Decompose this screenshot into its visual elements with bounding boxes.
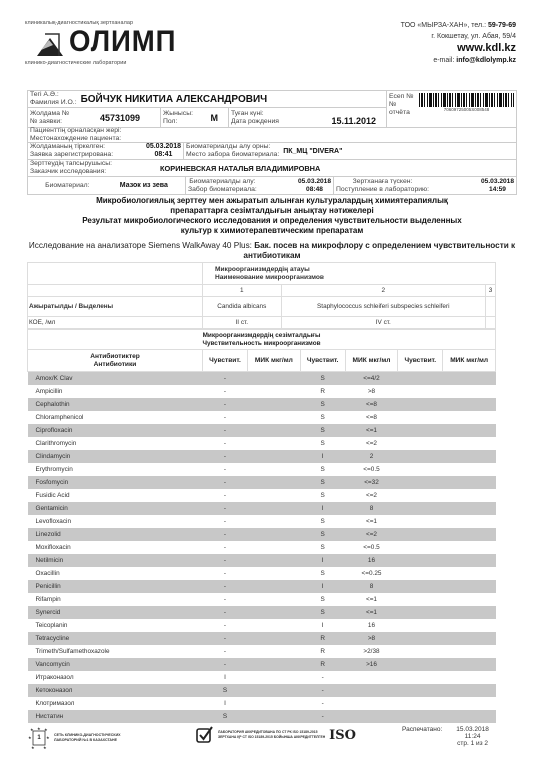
- sens-1: -: [203, 580, 248, 593]
- sex-label-kz: Жынысы:: [163, 110, 193, 118]
- sens-1: -: [203, 398, 248, 411]
- sens-2: I: [300, 580, 345, 593]
- mic-1: [248, 593, 301, 606]
- antibiotic-name: Synercid: [28, 606, 203, 619]
- name-label-ru: Фамилия И.О.:: [30, 99, 77, 107]
- mic-3: [443, 489, 496, 502]
- organism-name: Staphylococcus schleiferi subspecies sch…: [281, 297, 486, 317]
- company-address: г. Кокшетау, ул. Абая, 59/4: [401, 31, 516, 42]
- mic-1: [248, 528, 301, 541]
- col-sens-3: Чувствит.: [398, 350, 443, 372]
- sens-2: I: [300, 619, 345, 632]
- name-label-kz: Тегі А.Ә.:: [30, 91, 77, 99]
- table-row: Moxifloxacin-S<=0.5: [28, 541, 496, 554]
- sens-2: S: [300, 567, 345, 580]
- sens-2: S: [300, 606, 345, 619]
- sens-3: [398, 697, 443, 710]
- antibiotic-name: Netilmicin: [28, 554, 203, 567]
- table-row: Teicoplanin-I16: [28, 619, 496, 632]
- sens-3: [398, 567, 443, 580]
- sens-3: [398, 411, 443, 424]
- mic-2: <=0.25: [345, 567, 398, 580]
- dob-label-kz: Туған күні:: [231, 110, 279, 118]
- sens-2: I: [300, 502, 345, 515]
- mic-1: [248, 372, 301, 385]
- organism-cfu: [486, 317, 496, 329]
- mic-2: <=4/2: [345, 372, 398, 385]
- mic-3: [443, 463, 496, 476]
- network-text-2: ЛАБОРАТОРИЙ №1 В КАЗАХСТАНЕ: [54, 738, 121, 743]
- collection-place-label-ru: Место забора биоматериала:: [186, 151, 279, 159]
- checkbox-check-icon: [196, 726, 214, 744]
- antibiotic-name: Chloramphenicol: [28, 411, 203, 424]
- mic-3: [443, 515, 496, 528]
- received-time: 14:59: [481, 186, 514, 194]
- sens-2: S: [300, 437, 345, 450]
- sens-2: S: [300, 463, 345, 476]
- antibiotic-name: Levofloxacin: [28, 515, 203, 528]
- table-row: Ampicillin-R>8: [28, 385, 496, 398]
- sens-3: [398, 528, 443, 541]
- table-row: Tetracycline-R>8: [28, 632, 496, 645]
- table-row: НистатинS-: [28, 710, 496, 723]
- mic-1: [248, 450, 301, 463]
- organism-number: 1: [203, 285, 282, 297]
- mic-3: [443, 450, 496, 463]
- sens-3: [398, 437, 443, 450]
- organism-number: 2: [281, 285, 486, 297]
- network-badge: 1 ★★★★★★★ СЕТЬ КЛИНИКО-ДИАГНОСТИЧЕСКИХЛА…: [28, 726, 121, 750]
- mic-1: [248, 385, 301, 398]
- mic-1: [248, 515, 301, 528]
- svg-text:1: 1: [37, 735, 41, 741]
- sens-1: -: [203, 606, 248, 619]
- mic-2: >8: [345, 385, 398, 398]
- sensitivity-header-kz: Микроорганизмдердің сезімталдығы: [30, 332, 493, 340]
- sens-2: S: [300, 489, 345, 502]
- mic-2: <=1: [345, 593, 398, 606]
- company-email[interactable]: info@kdlolymp.kz: [456, 57, 516, 64]
- antibiotic-name: Ciprofloxacin: [28, 424, 203, 437]
- mic-3: [443, 710, 496, 723]
- study-name: Бак. посев на микрофлору с определением …: [243, 241, 515, 260]
- organism-cfu: IV ст.: [281, 317, 486, 329]
- col-mic-3: МИК мкг/мл: [443, 350, 496, 372]
- mic-3: [443, 567, 496, 580]
- col-antibiotic-ru: Антибиотики: [30, 361, 200, 369]
- sens-3: [398, 424, 443, 437]
- company-phone: 59-79-69: [488, 22, 516, 29]
- table-row: Erythromycin-S<=0.5: [28, 463, 496, 476]
- sens-1: -: [203, 463, 248, 476]
- table-row: Cephalothin-S<=8: [28, 398, 496, 411]
- antibiotic-name: Penicillin: [28, 580, 203, 593]
- mic-2: <=2: [345, 489, 398, 502]
- mic-1: [248, 580, 301, 593]
- sens-1: -: [203, 645, 248, 658]
- sens-2: -: [300, 710, 345, 723]
- received-date: 05.03.2018: [481, 178, 514, 186]
- mic-1: [248, 697, 301, 710]
- mic-1: [248, 658, 301, 671]
- sens-2: S: [300, 541, 345, 554]
- sens-3: [398, 645, 443, 658]
- sens-1: -: [203, 554, 248, 567]
- table-row: ИтраконазолI-: [28, 671, 496, 684]
- sens-3: [398, 385, 443, 398]
- report-label-ru: № отчёта: [389, 101, 419, 117]
- organisms-table: Микроорганизмдердің атауы Наименование м…: [27, 262, 496, 329]
- mic-1: [248, 489, 301, 502]
- patient-dob: 15.11.2012: [331, 116, 376, 126]
- mic-2: <=1: [345, 515, 398, 528]
- sens-3: [398, 606, 443, 619]
- printed-info: Распечатано: 15.03.2018 11:24 стр. 1 из …: [402, 726, 489, 747]
- mic-3: [443, 580, 496, 593]
- mic-2: [345, 684, 398, 697]
- mic-3: [443, 671, 496, 684]
- organisms-header-kz: Микроорганизмдердің атауы: [215, 266, 494, 274]
- sens-1: I: [203, 697, 248, 710]
- mic-1: [248, 606, 301, 619]
- sens-1: -: [203, 632, 248, 645]
- mic-3: [443, 424, 496, 437]
- cfu-label: КОЕ, /мл: [28, 317, 203, 329]
- sens-3: [398, 671, 443, 684]
- sens-2: S: [300, 424, 345, 437]
- order-label-ru: № заявки:: [30, 118, 69, 126]
- sens-1: -: [203, 658, 248, 671]
- iso-logo-icon: ISO: [329, 728, 356, 743]
- mountain-logo-icon: [35, 28, 65, 58]
- antibiotic-name: Vancomycin: [28, 658, 203, 671]
- col-mic-2: МИК мкг/мл: [345, 350, 398, 372]
- col-sens-2: Чувствит.: [300, 350, 345, 372]
- mic-2: >2/38: [345, 645, 398, 658]
- svg-text:★: ★: [43, 745, 47, 750]
- mic-3: [443, 528, 496, 541]
- mic-3: [443, 372, 496, 385]
- location-label-kz: Пациенттің орналасқан жері:: [30, 127, 121, 135]
- mic-1: [248, 554, 301, 567]
- printed-label: Распечатано:: [402, 726, 442, 747]
- mic-3: [443, 593, 496, 606]
- antibiotic-name: Amox/K Clav: [28, 372, 203, 385]
- sens-1: -: [203, 437, 248, 450]
- accred-text-2: ЗЕРТХАНА ҚР СТ ISO 15189-2015 БОЙЫНША АК…: [218, 735, 325, 740]
- organism-number: 3: [486, 285, 496, 297]
- organism-cfu: II ст.: [203, 317, 282, 329]
- antibiotic-name: Cephalothin: [28, 398, 203, 411]
- sens-2: S: [300, 476, 345, 489]
- mic-2: [345, 697, 398, 710]
- mic-2: [345, 671, 398, 684]
- collection-place-label-kz: Биоматериалды алу орны:: [186, 143, 279, 151]
- sens-3: [398, 710, 443, 723]
- barcode: [419, 93, 514, 107]
- mic-1: [248, 710, 301, 723]
- sens-1: -: [203, 593, 248, 606]
- antibiotic-name: Fusidic Acid: [28, 489, 203, 502]
- antibiotic-name: Erythromycin: [28, 463, 203, 476]
- accreditation-badge: ЛАБОРАТОРИЯ АККРЕДИТОВАНА ПО СТ РК ISO 1…: [196, 726, 356, 744]
- antibiotic-name: Ampicillin: [28, 385, 203, 398]
- antibiotic-name: Fosfomycin: [28, 476, 203, 489]
- printed-time: 11:24: [456, 733, 489, 740]
- sens-1: S: [203, 684, 248, 697]
- table-row: Penicillin-I8: [28, 580, 496, 593]
- mic-2: <=2: [345, 437, 398, 450]
- table-row: Fusidic Acid-S<=2: [28, 489, 496, 502]
- registered-date: 05.03.2018: [146, 143, 181, 151]
- svg-text:★: ★: [37, 726, 41, 731]
- table-row: Rifampin-S<=1: [28, 593, 496, 606]
- sens-2: S: [300, 593, 345, 606]
- mic-1: [248, 541, 301, 554]
- antibiotic-name: Teicoplanin: [28, 619, 203, 632]
- mic-1: [248, 411, 301, 424]
- customer-name: КОРИНЕВСКАЯ НАТАЛЬЯ ВЛАДИМИРОВНА: [160, 164, 320, 173]
- customer-label-ru: Заказчик исследования:: [30, 168, 160, 176]
- mic-2: >8: [345, 632, 398, 645]
- mic-2: 8: [345, 580, 398, 593]
- received-label-kz: Зертханаға түскен:: [336, 178, 429, 186]
- collection-place: ПК_МЦ "DIVERA": [283, 148, 342, 155]
- mic-3: [443, 554, 496, 567]
- svg-text:★: ★: [28, 735, 32, 740]
- company-info: ТОО «МЫРЗА-ХАН», тел.: 59-79-69 г. Кокше…: [401, 20, 516, 66]
- sens-2: S: [300, 515, 345, 528]
- table-row: Amox/K Clav-S<=4/2: [28, 372, 496, 385]
- sens-1: -: [203, 424, 248, 437]
- svg-text:★: ★: [46, 735, 50, 740]
- award-star-icon: 1 ★★★★★★★: [28, 726, 50, 750]
- logo-brand: ОЛИМП: [69, 25, 176, 59]
- antibiotic-name: Rifampin: [28, 593, 203, 606]
- table-row: Ciprofloxacin-S<=1: [28, 424, 496, 437]
- antibiotic-name: Клотримазол: [28, 697, 203, 710]
- antibiotic-name: Trimeth/Sulfamethoxazole: [28, 645, 203, 658]
- antibiotic-name: Oxacillin: [28, 567, 203, 580]
- sens-3: [398, 619, 443, 632]
- mic-3: [443, 502, 496, 515]
- table-row: Clindamycin-I2: [28, 450, 496, 463]
- mic-2: 8: [345, 502, 398, 515]
- sens-1: -: [203, 476, 248, 489]
- table-row: Linezolid-S<=2: [28, 528, 496, 541]
- sens-2: -: [300, 684, 345, 697]
- sens-3: [398, 463, 443, 476]
- table-row: Oxacillin-S<=0.25: [28, 567, 496, 580]
- sens-2: R: [300, 632, 345, 645]
- olimp-logo: клиникалық-диагностикалық зертханалар ОЛ…: [25, 18, 180, 68]
- mic-2: >16: [345, 658, 398, 671]
- mic-3: [443, 411, 496, 424]
- report-title-kz: Микробиологиялық зерттеу мен ажыратып ал…: [20, 196, 524, 216]
- mic-2: <=0.5: [345, 541, 398, 554]
- mic-1: [248, 424, 301, 437]
- sens-2: R: [300, 645, 345, 658]
- patient-name: БОЙЧУК НИКИТИА АЛЕКСАНДРОВИЧ: [81, 94, 268, 105]
- svg-text:★: ★: [31, 745, 35, 750]
- sens-2: I: [300, 554, 345, 567]
- sens-2: S: [300, 372, 345, 385]
- mic-1: [248, 463, 301, 476]
- barcode-number: 70609725005S008548: [419, 107, 514, 112]
- sensitivity-header-ru: Чувствительность микроорганизмов: [30, 340, 493, 348]
- collection-label-ru: Забор биоматериала:: [188, 186, 257, 194]
- sens-3: [398, 593, 443, 606]
- sens-1: -: [203, 489, 248, 502]
- mic-2: 16: [345, 554, 398, 567]
- mic-1: [248, 476, 301, 489]
- dob-label-ru: Дата рождения: [231, 118, 279, 126]
- sens-1: -: [203, 385, 248, 398]
- sens-1: -: [203, 541, 248, 554]
- mic-2: <=2: [345, 528, 398, 541]
- mic-2: <=1: [345, 424, 398, 437]
- table-row: Fosfomycin-S<=32: [28, 476, 496, 489]
- antibiotic-name: Gentamicin: [28, 502, 203, 515]
- sens-2: I: [300, 450, 345, 463]
- sens-1: -: [203, 502, 248, 515]
- sens-3: [398, 476, 443, 489]
- antibiotic-name: Кетоконазол: [28, 684, 203, 697]
- company-website[interactable]: www.kdl.kz: [401, 42, 516, 55]
- company-name: ТОО «МЫРЗА-ХАН», тел.:: [401, 22, 486, 29]
- sens-2: R: [300, 385, 345, 398]
- table-row: КетоконазолS-: [28, 684, 496, 697]
- mic-1: [248, 632, 301, 645]
- mic-3: [443, 684, 496, 697]
- sens-3: [398, 658, 443, 671]
- col-sens-1: Чувствит.: [203, 350, 248, 372]
- study-prefix: Исследование на анализаторе Siemens Walk…: [29, 241, 252, 250]
- col-mic-1: МИК мкг/мл: [248, 350, 301, 372]
- collection-date: 05.03.2018: [298, 178, 331, 186]
- mic-1: [248, 502, 301, 515]
- mic-3: [443, 398, 496, 411]
- customer-label-kz: Зерттеудің тапсырушысы:: [30, 160, 160, 168]
- sex-label-ru: Пол:: [163, 118, 193, 126]
- biomaterial-value: Мазок из зева: [120, 182, 168, 189]
- svg-text:★: ★: [44, 727, 48, 732]
- antibiotic-name: Tetracycline: [28, 632, 203, 645]
- order-label-kz: Жолдама №: [30, 110, 69, 118]
- sens-3: [398, 450, 443, 463]
- collection-time: 08:48: [298, 186, 331, 194]
- logo-bottom-text: клинико-диагностические лаборатории: [25, 60, 126, 66]
- mic-3: [443, 606, 496, 619]
- sens-3: [398, 541, 443, 554]
- mic-1: [248, 398, 301, 411]
- sens-1: -: [203, 528, 248, 541]
- sens-3: [398, 580, 443, 593]
- table-row: Vancomycin-R>16: [28, 658, 496, 671]
- mic-2: <=0.5: [345, 463, 398, 476]
- mic-1: [248, 684, 301, 697]
- mic-3: [443, 437, 496, 450]
- mic-3: [443, 541, 496, 554]
- biomaterial-label: Биоматериал:: [45, 182, 89, 190]
- sensitivity-table: Микроорганизмдердің сезімталдығы Чувстви…: [27, 329, 496, 723]
- mic-3: [443, 619, 496, 632]
- study-description: Исследование на анализаторе Siemens Walk…: [20, 241, 524, 261]
- mic-3: [443, 645, 496, 658]
- mic-1: [248, 619, 301, 632]
- order-number: 45731099: [100, 113, 140, 123]
- isolated-label: Ажыратылды / Выделены: [28, 297, 203, 317]
- mic-2: [345, 710, 398, 723]
- sens-3: [398, 489, 443, 502]
- mic-3: [443, 385, 496, 398]
- report-title-ru: Результат микробиологического исследован…: [20, 216, 524, 236]
- mic-2: <=8: [345, 411, 398, 424]
- sens-2: -: [300, 671, 345, 684]
- mic-2: <=1: [345, 606, 398, 619]
- sens-1: -: [203, 372, 248, 385]
- sens-2: R: [300, 658, 345, 671]
- sens-3: [398, 372, 443, 385]
- patient-sex: M: [211, 113, 219, 123]
- patient-info-block: Тегі А.Ә.:Фамилия И.О.: БОЙЧУК НИКИТИА А…: [27, 90, 517, 195]
- organism-name: Candida albicans: [203, 297, 282, 317]
- sens-1: -: [203, 450, 248, 463]
- report-number-cell: Есеп №№ отчёта 70609725005S008548: [387, 91, 516, 127]
- sens-3: [398, 554, 443, 567]
- sens-2: -: [300, 697, 345, 710]
- mic-3: [443, 476, 496, 489]
- email-label: e-mail:: [433, 57, 454, 64]
- antibiotic-name: Нистатин: [28, 710, 203, 723]
- mic-3: [443, 632, 496, 645]
- registered-label-kz: Жолдаманың тіркелген:: [30, 143, 113, 151]
- table-row: Trimeth/Sulfamethoxazole-R>2/38: [28, 645, 496, 658]
- mic-3: [443, 658, 496, 671]
- table-row: Clarithromycin-S<=2: [28, 437, 496, 450]
- antibiotic-name: Linezolid: [28, 528, 203, 541]
- table-row: Gentamicin-I8: [28, 502, 496, 515]
- antibiotic-name: Итраконазол: [28, 671, 203, 684]
- mic-1: [248, 645, 301, 658]
- svg-text:★: ★: [30, 727, 34, 732]
- table-row: Levofloxacin-S<=1: [28, 515, 496, 528]
- antibiotic-name: Clindamycin: [28, 450, 203, 463]
- sens-3: [398, 398, 443, 411]
- table-row: Synercid-S<=1: [28, 606, 496, 619]
- sens-3: [398, 684, 443, 697]
- antibiotic-name: Moxifloxacin: [28, 541, 203, 554]
- sens-1: -: [203, 515, 248, 528]
- mic-3: [443, 697, 496, 710]
- report-label-kz: Есеп №: [389, 93, 419, 101]
- sens-1: I: [203, 671, 248, 684]
- mic-1: [248, 437, 301, 450]
- sens-3: [398, 515, 443, 528]
- sens-3: [398, 632, 443, 645]
- sens-1: S: [203, 710, 248, 723]
- table-row: Netilmicin-I16: [28, 554, 496, 567]
- printed-date: 15.03.2018: [456, 726, 489, 733]
- registered-time: 08:41: [146, 151, 181, 159]
- sens-2: S: [300, 411, 345, 424]
- mic-2: 2: [345, 450, 398, 463]
- mic-2: <=32: [345, 476, 398, 489]
- table-row: КлотримазолI-: [28, 697, 496, 710]
- sens-3: [398, 502, 443, 515]
- page-number: стр. 1 из 2: [456, 740, 489, 747]
- mic-2: 16: [345, 619, 398, 632]
